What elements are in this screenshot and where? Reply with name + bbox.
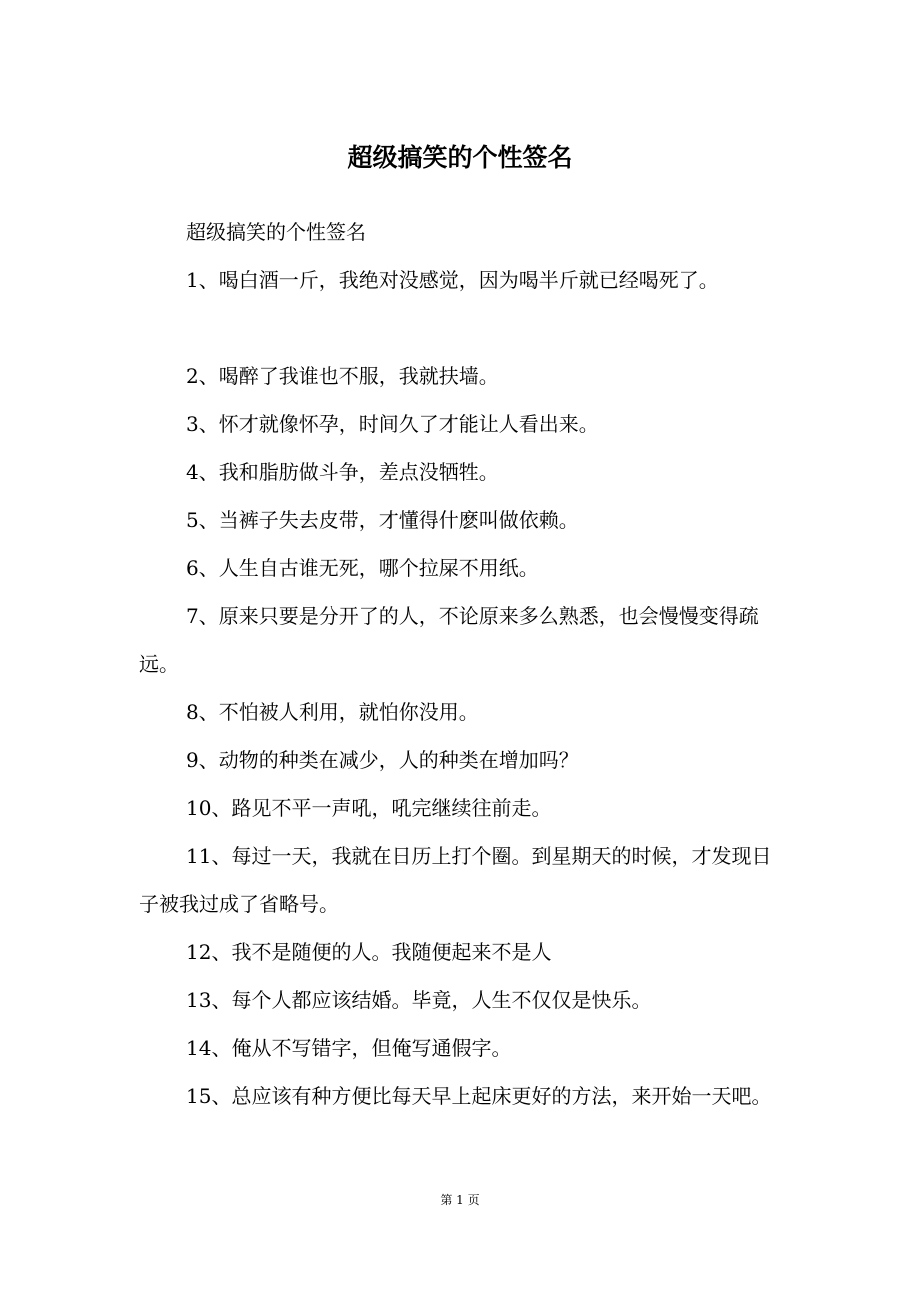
list-item: 8、不怕被人利用，就怕你没用。	[139, 688, 789, 736]
list-item: 7、原来只要是分开了的人，不论原来多么熟悉，也会慢慢变得疏远。	[139, 592, 789, 688]
list-item: 6、人生自古谁无死，哪个拉屎不用纸。	[139, 544, 789, 592]
document-page: 超级搞笑的个性签名 超级搞笑的个性签名 1、喝白酒一斤，我绝对没感觉，因为喝半斤…	[0, 0, 920, 1302]
list-item: 5、当裤子失去皮带，才懂得什麽叫做依赖。	[139, 496, 789, 544]
page-number: 第 1 页	[0, 1190, 920, 1210]
list-item: 11、每过一天，我就在日历上打个圈。到星期天的时候，才发现日子被我过成了省略号。	[139, 832, 789, 928]
document-title: 超级搞笑的个性签名	[0, 140, 920, 176]
list-item: 3、怀才就像怀孕，时间久了才能让人看出来。	[139, 400, 789, 448]
list-item: 10、路见不平一声吼，吼完继续往前走。	[139, 784, 789, 832]
list-item: 1、喝白酒一斤，我绝对没感觉，因为喝半斤就已经喝死了。	[139, 256, 789, 304]
list-item: 15、总应该有种方便比每天早上起床更好的方法，来开始一天吧。	[139, 1072, 789, 1120]
list-item: 13、每个人都应该结婚。毕竟，人生不仅仅是快乐。	[139, 976, 789, 1024]
list-item: 9、动物的种类在减少，人的种类在增加吗？	[139, 736, 789, 784]
list-item: 2、喝醉了我谁也不服，我就扶墙。	[139, 352, 789, 400]
list-item: 12、我不是随便的人。我随便起来不是人	[139, 928, 789, 976]
list-item: 4、我和脂肪做斗争，差点没牺牲。	[139, 448, 789, 496]
document-body: 超级搞笑的个性签名 1、喝白酒一斤，我绝对没感觉，因为喝半斤就已经喝死了。 2、…	[139, 208, 789, 1120]
list-item: 14、俺从不写错字，但俺写通假字。	[139, 1024, 789, 1072]
subtitle-paragraph: 超级搞笑的个性签名	[139, 208, 789, 256]
